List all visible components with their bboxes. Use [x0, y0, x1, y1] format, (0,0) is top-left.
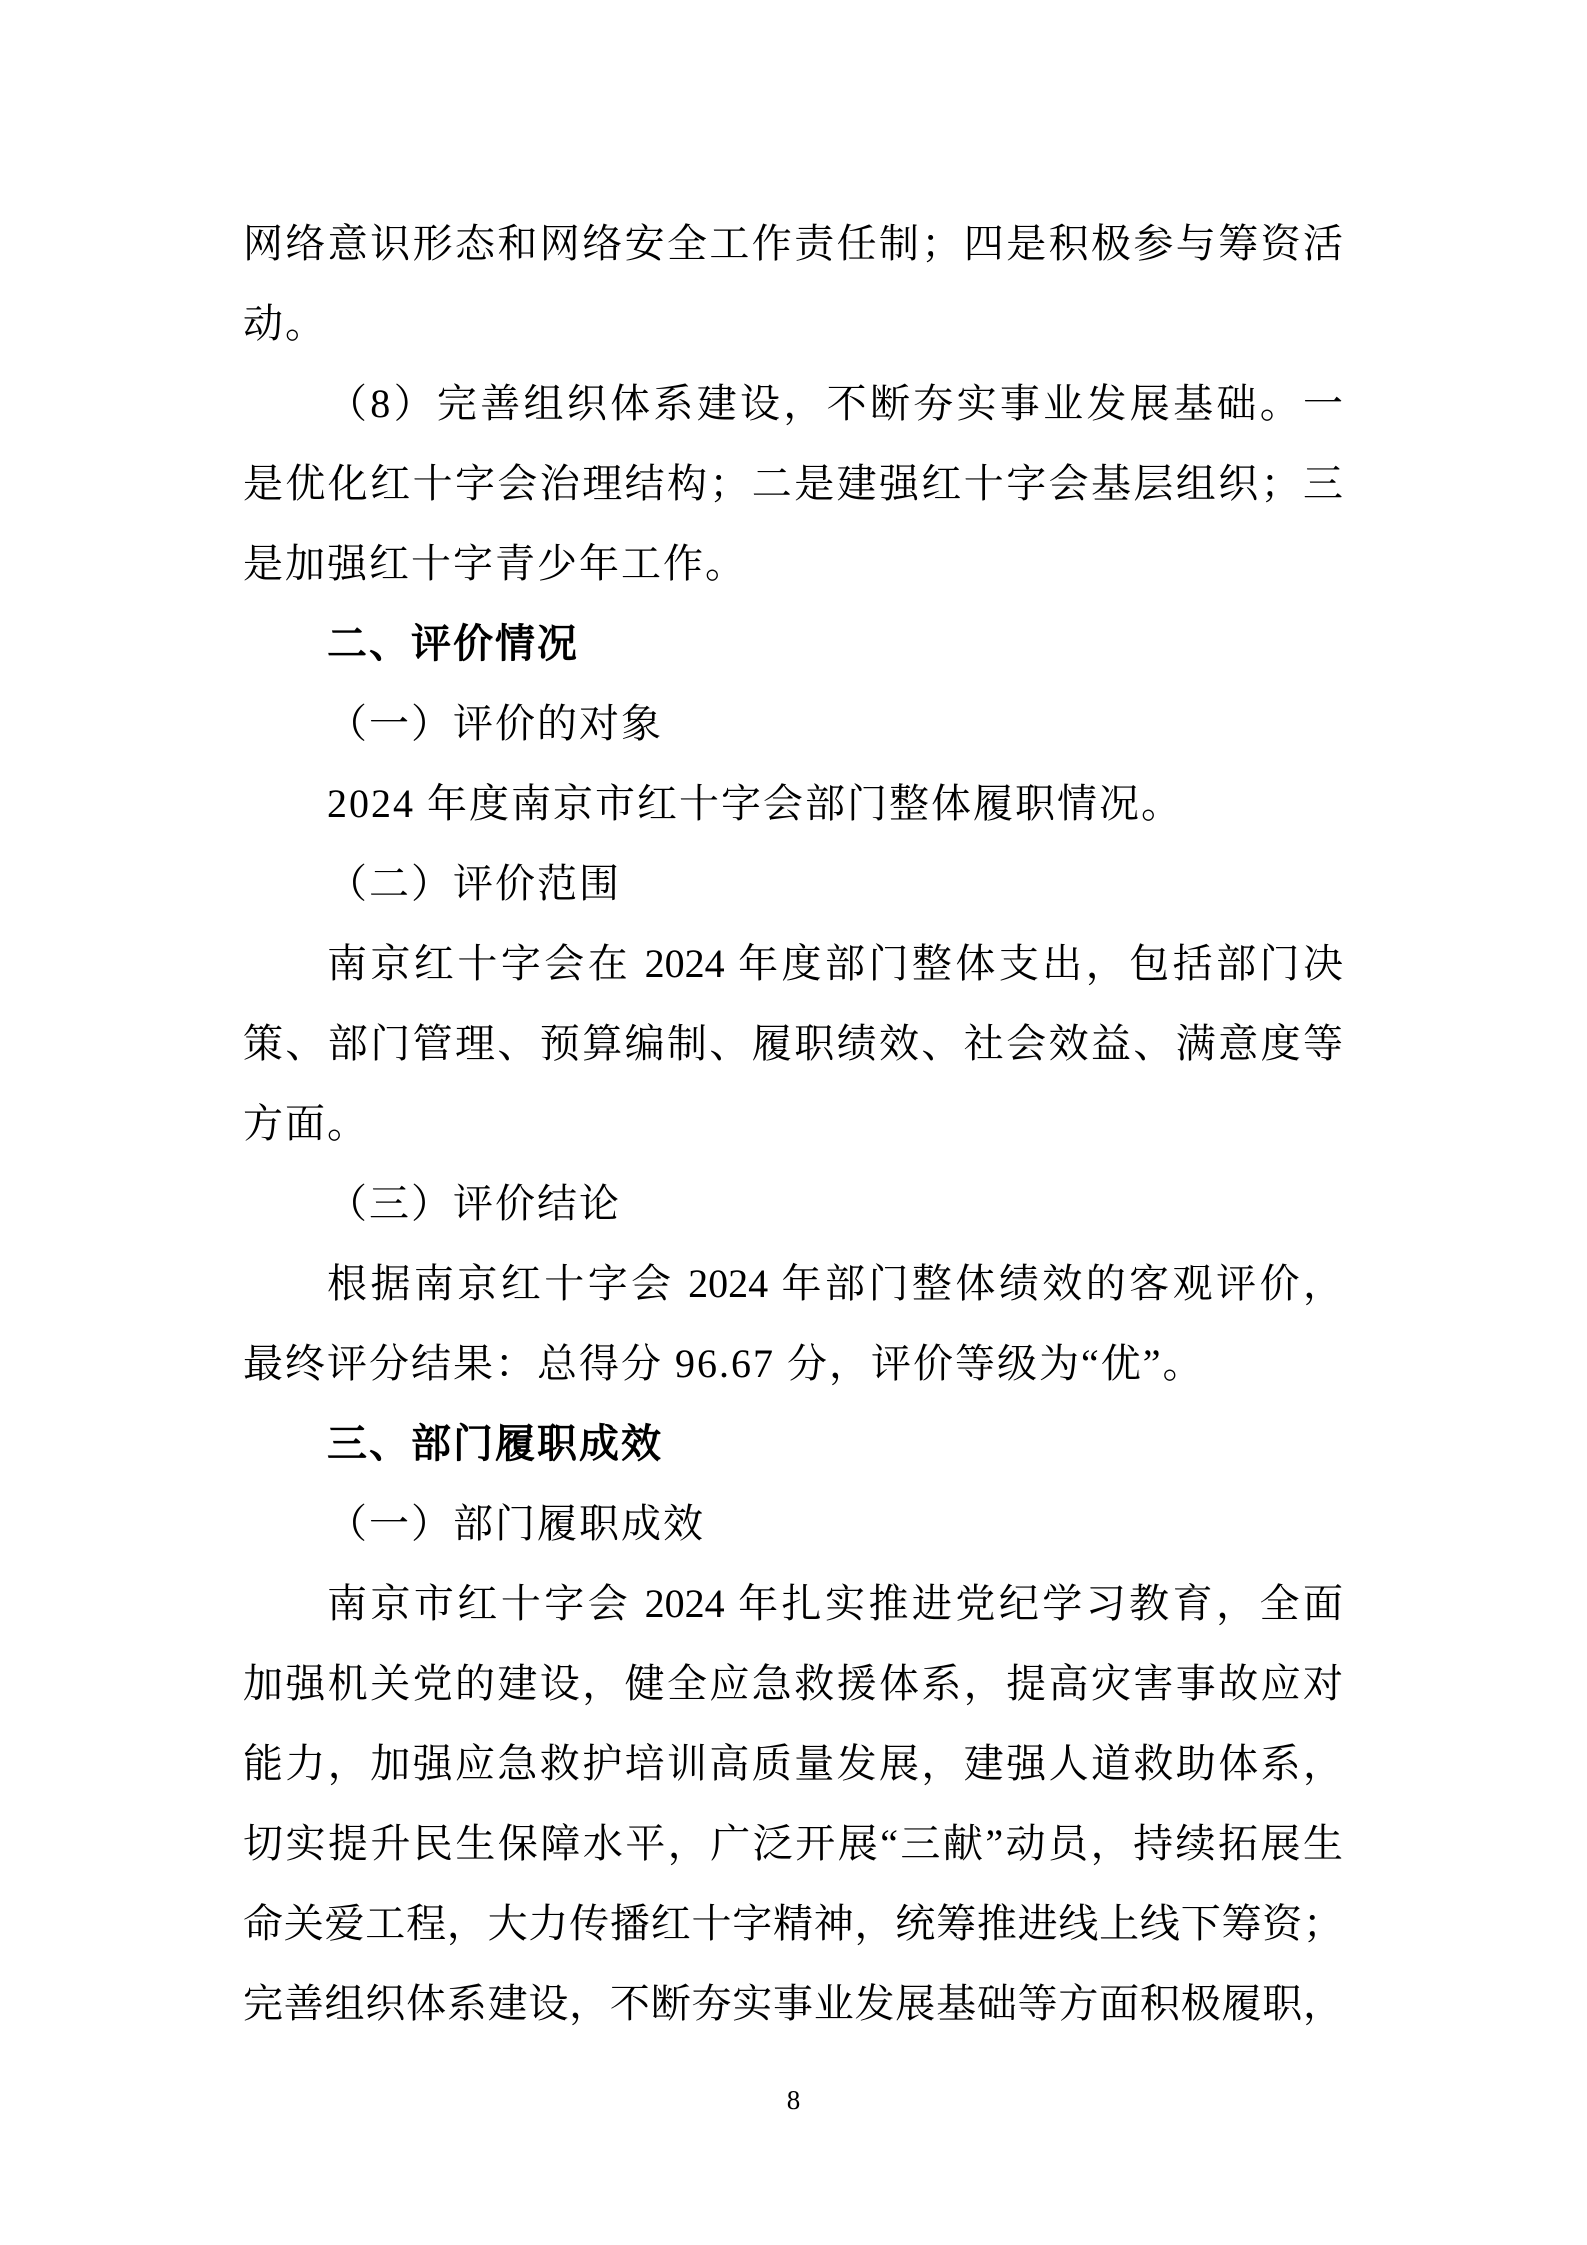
page-number: 8	[0, 2080, 1587, 2120]
text-line: 策、部门管理、预算编制、履职绩效、社会效益、满意度等	[243, 1004, 1343, 1084]
text-line: 2024 年度南京市红十字会部门整体履职情况。	[243, 764, 1343, 844]
text-line: （一）评价的对象	[243, 684, 1343, 764]
text-line: 方面。	[243, 1084, 1343, 1164]
text-line: 加强机关党的建设，健全应急救援体系，提高灾害事故应对	[243, 1644, 1343, 1724]
section-heading: 二、评价情况	[243, 604, 1343, 684]
text-line: 根据南京红十字会 2024 年部门整体绩效的客观评价，	[243, 1244, 1343, 1324]
text-line: 南京市红十字会 2024 年扎实推进党纪学习教育，全面	[243, 1564, 1343, 1644]
text-line: 网络意识形态和网络安全工作责任制；四是积极参与筹资活	[243, 204, 1343, 284]
text-line: 动。	[243, 284, 1343, 364]
text-line: （二）评价范围	[243, 844, 1343, 924]
text-line: （8）完善组织体系建设，不断夯实事业发展基础。一	[243, 364, 1343, 444]
text-line: 最终评分结果：总得分 96.67 分，评价等级为“优”。	[243, 1324, 1343, 1404]
text-line: 切实提升民生保障水平，广泛开展“三献”动员，持续拓展生	[243, 1804, 1343, 1884]
text-line: 是优化红十字会治理结构；二是建强红十字会基层组织；三	[243, 444, 1343, 524]
text-line: 能力，加强应急救护培训高质量发展，建强人道救助体系，	[243, 1724, 1343, 1804]
text-line: 完善组织体系建设，不断夯实事业发展基础等方面积极履职，	[243, 1964, 1343, 2044]
page-body-text: 网络意识形态和网络安全工作责任制；四是积极参与筹资活动。（8）完善组织体系建设，…	[243, 204, 1343, 2044]
text-line: 是加强红十字青少年工作。	[243, 524, 1343, 604]
text-line: （一）部门履职成效	[243, 1484, 1343, 1564]
document-page: 网络意识形态和网络安全工作责任制；四是积极参与筹资活动。（8）完善组织体系建设，…	[0, 0, 1587, 2245]
text-line: （三）评价结论	[243, 1164, 1343, 1244]
text-line: 命关爱工程，大力传播红十字精神，统筹推进线上线下筹资；	[243, 1884, 1343, 1964]
text-line: 南京红十字会在 2024 年度部门整体支出，包括部门决	[243, 924, 1343, 1004]
section-heading: 三、部门履职成效	[243, 1404, 1343, 1484]
